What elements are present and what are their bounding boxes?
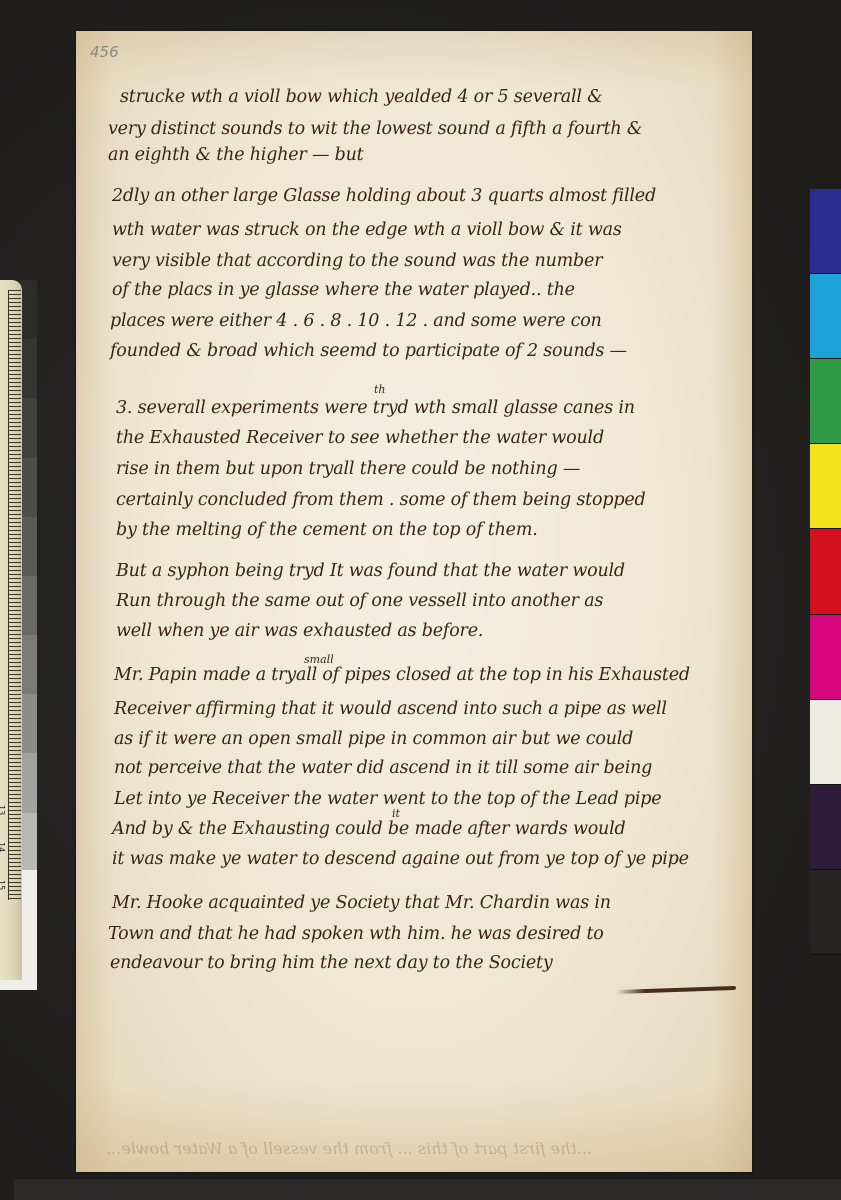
manuscript-line: Receiver affirming that it would ascend …: [114, 699, 667, 719]
manuscript-line: strucke wth a violl bow which yealded 4 …: [120, 87, 603, 107]
manuscript-line: Town and that he had spoken wth him. he …: [108, 924, 604, 944]
color-patch-white: [810, 700, 841, 785]
ruler-number: 13: [0, 805, 6, 813]
manuscript-line: not perceive that the water did ascend i…: [114, 758, 652, 778]
mounting-board-edge: [14, 1178, 841, 1200]
manuscript-line: But a syphon being tryd It was found tha…: [116, 561, 625, 581]
color-patch-blue: [810, 189, 841, 274]
greyscale-patch: [20, 694, 37, 753]
color-patch-magenta: [810, 615, 841, 700]
greyscale-patch: [20, 517, 37, 576]
manuscript-line: And by & the Exhausting could be made af…: [112, 819, 626, 839]
manuscript-line: very distinct sounds to wit the lowest s…: [108, 119, 642, 139]
ruler-number: 15: [0, 880, 6, 888]
ruler-number: 14: [0, 842, 6, 850]
greyscale-patch: [20, 576, 37, 635]
manuscript-line: endeavour to bring him the next day to t…: [110, 953, 553, 973]
ruler-ticks: [8, 290, 21, 900]
manuscript-line: certainly concluded from them . some of …: [116, 490, 646, 510]
manuscript-page: 456 strucke wth a violl bow which yealde…: [76, 31, 752, 1172]
ruler-body: 13 14 15: [0, 280, 22, 980]
manuscript-line: Mr. Hooke acquainted ye Society that Mr.…: [112, 893, 611, 913]
greyscale-patch: [20, 398, 37, 457]
color-patch-red: [810, 529, 841, 614]
color-patch-green: [810, 359, 841, 444]
color-patch-yellow: [810, 444, 841, 529]
bleed-through-text: ...the first part of this ... from the v…: [106, 1139, 592, 1158]
color-checker: [810, 189, 841, 955]
manuscript-line: places were either 4 . 6 . 8 . 10 . 12 .…: [110, 311, 602, 331]
folio-number: 456: [90, 43, 119, 61]
color-patch-black: [810, 870, 841, 955]
greyscale-patch: [20, 458, 37, 517]
greyscale-patch: [20, 813, 37, 872]
superscript-annotation: th: [374, 383, 386, 396]
greyscale-patch: [20, 339, 37, 398]
color-patch-cyan: [810, 274, 841, 359]
manuscript-line: very visible that according to the sound…: [112, 251, 602, 271]
manuscript-line: 3. severall experiments were tryd wth sm…: [116, 398, 635, 418]
manuscript-line: Let into ye Receiver the water went to t…: [114, 789, 661, 809]
scale-ruler: 13 14 15: [0, 280, 38, 990]
manuscript-line: by the melting of the cement on the top …: [116, 520, 538, 540]
manuscript-line: wth water was struck on the edge wth a v…: [112, 220, 622, 240]
manuscript-line: Mr. Papin made a tryall of pipes closed …: [114, 665, 690, 685]
greyscale-patch: [20, 753, 37, 812]
manuscript-line: well when ye air was exhausted as before…: [116, 621, 483, 641]
manuscript-line: it was make ye water to descend againe o…: [112, 849, 689, 869]
manuscript-line: the Exhausted Receiver to see whether th…: [116, 428, 604, 448]
closing-flourish: [616, 986, 736, 994]
manuscript-line: of the placs in ye glasse where the wate…: [112, 280, 575, 300]
manuscript-line: 2dly an other large Glasse holding about…: [112, 186, 656, 206]
greyscale-patch: [20, 635, 37, 694]
color-patch-dark-purple: [810, 785, 841, 870]
greyscale-patch: [20, 280, 37, 339]
manuscript-line: an eighth & the higher — but: [108, 145, 364, 165]
manuscript-line: founded & broad which seemd to participa…: [110, 341, 627, 361]
manuscript-line: Run through the same out of one vessell …: [116, 591, 603, 611]
manuscript-line: as if it were an open small pipe in comm…: [114, 729, 633, 749]
manuscript-line: rise in them but upon tryall there could…: [116, 459, 580, 479]
